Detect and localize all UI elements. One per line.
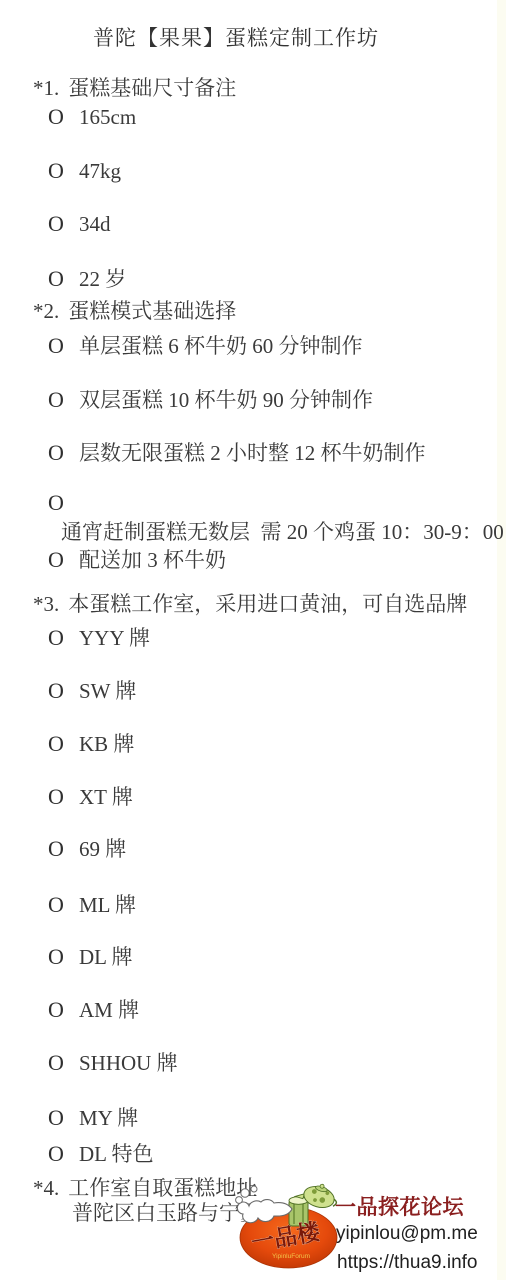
q1-option-4[interactable]: O22 岁 bbox=[48, 263, 126, 293]
q3-option-3[interactable]: OKB 牌 bbox=[48, 728, 134, 758]
page-title: 普陀【果果】蛋糕定制工作坊 bbox=[93, 22, 379, 52]
option-label: SW 牌 bbox=[79, 679, 136, 703]
q3-option-5[interactable]: O69 牌 bbox=[48, 833, 126, 863]
radio-circle[interactable]: O bbox=[48, 158, 66, 184]
option-label: 22 岁 bbox=[79, 267, 126, 291]
question-2-heading: *2.蛋糕模式基础选择 bbox=[33, 295, 236, 325]
q3-option-10[interactable]: OMY 牌 bbox=[48, 1102, 138, 1132]
radio-circle[interactable]: O bbox=[48, 997, 66, 1023]
option-label: 69 牌 bbox=[79, 837, 126, 861]
radio-circle[interactable]: O bbox=[48, 104, 66, 130]
radio-circle[interactable]: O bbox=[48, 440, 66, 466]
option-label: 配送加 3 杯牛奶 bbox=[79, 548, 226, 572]
q1-option-3[interactable]: O34d bbox=[48, 211, 111, 237]
radio-circle[interactable]: O bbox=[48, 211, 66, 237]
question-title: 蛋糕基础尺寸备注 bbox=[68, 76, 236, 100]
q3-option-9[interactable]: OSHHOU 牌 bbox=[48, 1047, 178, 1077]
radio-circle[interactable]: O bbox=[48, 836, 66, 862]
q3-option-6[interactable]: OML 牌 bbox=[48, 889, 136, 919]
radio-circle[interactable]: O bbox=[48, 387, 66, 413]
q2-option-5[interactable]: O配送加 3 杯牛奶 bbox=[48, 544, 226, 574]
q3-option-4[interactable]: OXT 牌 bbox=[48, 781, 133, 811]
option-label: XT 牌 bbox=[79, 785, 133, 809]
yipinlou-badge-logo: 一品楼 YipinluForum bbox=[233, 1182, 341, 1280]
forum-email: yipinlou@pm.me bbox=[336, 1223, 478, 1245]
q3-option-2[interactable]: OSW 牌 bbox=[48, 675, 136, 705]
option-label: DL 特色 bbox=[79, 1142, 153, 1166]
radio-circle[interactable]: O bbox=[48, 266, 66, 292]
option-label: 层数无限蛋糕 2 小时整 12 杯牛奶制作 bbox=[79, 441, 426, 465]
q2-option-1[interactable]: O单层蛋糕 6 杯牛奶 60 分钟制作 bbox=[48, 330, 363, 360]
question-number: *2. bbox=[33, 299, 59, 323]
option-label: 双层蛋糕 10 杯牛奶 90 分钟制作 bbox=[79, 388, 373, 412]
q2-option-4[interactable]: O通宵赶制蛋糕无数层 需 20 个鸡蛋 10：30-9：00 bbox=[48, 490, 506, 546]
q3-option-8[interactable]: OAM 牌 bbox=[48, 994, 139, 1024]
option-label: DL 牌 bbox=[79, 945, 132, 969]
q2-option-2[interactable]: O双层蛋糕 10 杯牛奶 90 分钟制作 bbox=[48, 384, 373, 414]
option-label: 通宵赶制蛋糕无数层 需 20 个鸡蛋 10：30-9：00 bbox=[61, 520, 504, 544]
q2-option-3[interactable]: O层数无限蛋糕 2 小时整 12 杯牛奶制作 bbox=[48, 437, 426, 467]
radio-circle[interactable]: O bbox=[48, 784, 66, 810]
radio-circle[interactable]: O bbox=[48, 1105, 66, 1131]
q3-option-11[interactable]: ODL 特色 bbox=[48, 1138, 153, 1168]
forum-url: https://thua9.info bbox=[337, 1252, 478, 1274]
radio-circle[interactable]: O bbox=[48, 678, 66, 704]
q1-option-2[interactable]: O47kg bbox=[48, 158, 121, 184]
question-title: 本蛋糕工作室，采用进口黄油，可自选品牌 bbox=[68, 592, 467, 616]
radio-circle[interactable]: O bbox=[48, 892, 66, 918]
radio-circle[interactable]: O bbox=[48, 1141, 66, 1167]
forum-name: 一品探花论坛 bbox=[335, 1191, 464, 1221]
option-label: 165cm bbox=[79, 105, 136, 129]
option-label: KB 牌 bbox=[79, 732, 134, 756]
option-label: YYY 牌 bbox=[79, 626, 150, 650]
radio-circle[interactable]: O bbox=[48, 490, 66, 516]
option-label: AM 牌 bbox=[79, 998, 139, 1022]
radio-circle[interactable]: O bbox=[48, 944, 66, 970]
q3-option-1[interactable]: OYYY 牌 bbox=[48, 622, 150, 652]
radio-circle[interactable]: O bbox=[48, 547, 66, 573]
badge-subtext: YipinluForum bbox=[272, 1253, 310, 1260]
radio-circle[interactable]: O bbox=[48, 731, 66, 757]
option-label: 47kg bbox=[79, 159, 121, 183]
question-title: 蛋糕模式基础选择 bbox=[68, 299, 236, 323]
question-number: *4. bbox=[33, 1176, 59, 1200]
question-number: *1. bbox=[33, 76, 59, 100]
question-3-heading: *3.本蛋糕工作室，采用进口黄油，可自选品牌 bbox=[33, 588, 467, 618]
question-1-heading: *1.蛋糕基础尺寸备注 bbox=[33, 72, 236, 102]
option-label: ML 牌 bbox=[79, 893, 136, 917]
page-edge-strip bbox=[497, 0, 506, 1280]
q1-option-1[interactable]: O165cm bbox=[48, 104, 136, 130]
radio-circle[interactable]: O bbox=[48, 1050, 66, 1076]
option-label: 34d bbox=[79, 212, 111, 236]
radio-circle[interactable]: O bbox=[48, 333, 66, 359]
q3-option-7[interactable]: ODL 牌 bbox=[48, 941, 132, 971]
option-label: SHHOU 牌 bbox=[79, 1051, 178, 1075]
option-label: MY 牌 bbox=[79, 1106, 138, 1130]
survey-page: 普陀【果果】蛋糕定制工作坊 *1.蛋糕基础尺寸备注O165cmO47kgO34d… bbox=[0, 0, 506, 1280]
radio-circle[interactable]: O bbox=[48, 625, 66, 651]
question-number: *3. bbox=[33, 592, 59, 616]
option-label: 单层蛋糕 6 杯牛奶 60 分钟制作 bbox=[79, 334, 363, 358]
